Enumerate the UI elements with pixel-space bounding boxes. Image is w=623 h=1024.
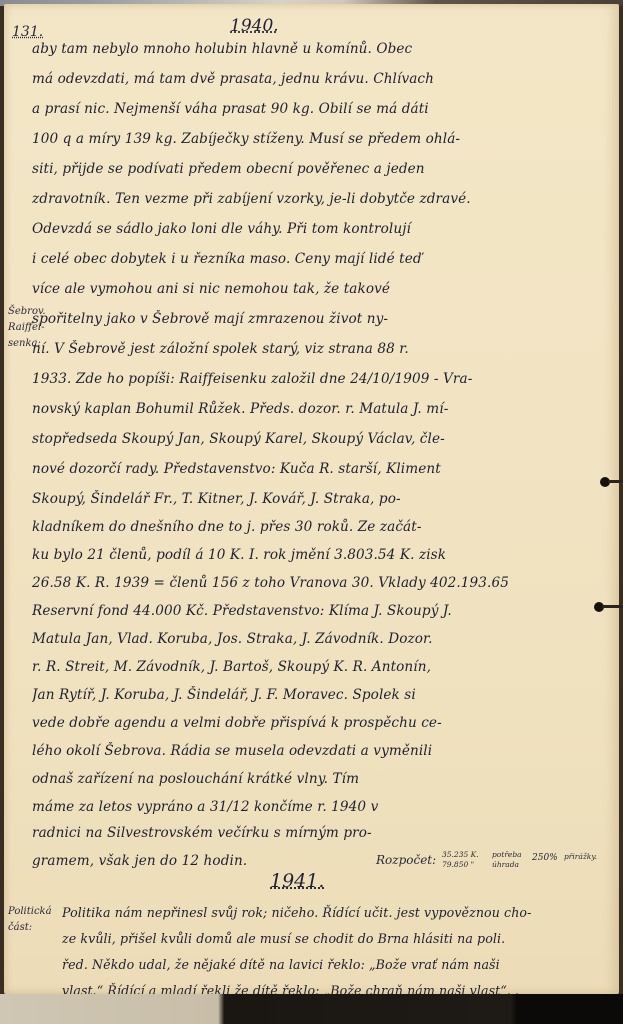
text-line: má odevzdati, má tam dvě prasata, jednu …	[32, 70, 602, 88]
punch-hole-tear	[602, 605, 623, 608]
text-line: 1933. Zde ho popíši: Raiffeisenku založi…	[32, 370, 602, 388]
text-line: zdravotník. Ten vezme při zabíjení vzork…	[32, 190, 602, 208]
budget-percent: 250%	[532, 854, 558, 863]
text-line: spořitelny jako v Šebrově mají zmrazenou…	[32, 310, 602, 328]
text-line: a prasí nic. Nejmenší váha prasat 90 kg.…	[32, 100, 602, 118]
margin-note-line: Šebrov.	[8, 304, 48, 320]
text-line: aby tam nebylo mnoho holubin hlavně u ko…	[32, 40, 602, 58]
text-line: vede dobře agendu a velmi dobře přispívá…	[32, 714, 602, 732]
text-line: nové dozorčí rady. Představenstvo: Kuča …	[32, 460, 602, 478]
chronicle-page: 131. 1940. aby tam nebylo mnoho holubin …	[4, 4, 619, 994]
text-line: stopředseda Skoupý Jan, Skoupý Karel, Sk…	[32, 430, 602, 448]
budget-percent-label: přirážky.	[564, 852, 608, 861]
text-line: Skoupý, Šindelář Fr., T. Kitner, J. Ková…	[32, 490, 602, 508]
text-line: řed. Někdo udal, že nějaké dítě na lavic…	[62, 956, 610, 974]
margin-note-line: senka:	[8, 336, 48, 352]
text-line: r. R. Streit, M. Závodník, J. Bartoš, Sk…	[32, 658, 602, 676]
text-line: Politika nám nepřinesl svůj rok; ničeho.…	[62, 904, 610, 922]
text-line: ze kvůli, přišel kvůli domů ale musí se …	[62, 930, 610, 948]
text-line: i celé obec dobytek i u řezníka maso. Ce…	[32, 250, 602, 268]
text-line: odnaš zařízení na poslouchání krátké vln…	[32, 770, 602, 788]
text-line: Odevzdá se sádlo jako loni dle váhy. Při…	[32, 220, 602, 238]
text-line: Reservní fond 44.000 Kč. Představenstvo:…	[32, 602, 602, 620]
text-line: ku bylo 21 členů, podíl á 10 K. I. rok j…	[32, 546, 602, 564]
margin-note-line: část:	[8, 920, 48, 936]
text-line: ní. V Šebrově jest záložní spolek starý,…	[32, 340, 602, 358]
year-heading-1941: 1941.	[270, 870, 324, 892]
scan-bottom-edge	[0, 994, 623, 1024]
budget-label: Rozpočet:	[376, 852, 436, 868]
text-line: Jan Rytíř, J. Koruba, J. Šindelář, J. F.…	[32, 686, 602, 704]
text-line: Matula Jan, Vlad. Koruba, Jos. Straka, J…	[32, 630, 602, 648]
margin-note-politicka: Politická část:	[8, 904, 48, 936]
budget-row1-label: potřeba	[492, 850, 522, 859]
budget-row1-amount: 35.235 K.	[442, 850, 479, 859]
budget-row2-label: úhrada	[492, 860, 519, 869]
text-line: více ale vymohou ani si nic nemohou tak,…	[32, 280, 602, 298]
budget-row2-amount: 79.850 "	[442, 860, 474, 869]
punch-hole-tear	[608, 480, 623, 483]
text-line: lého okolí Šebrova. Rádia se musela odev…	[32, 742, 602, 760]
text-line: siti, přijde se podívati předem obecní p…	[32, 160, 602, 178]
year-heading-1940: 1940.	[230, 16, 279, 36]
text-line: radnici na Silvestrovském večírku s mírn…	[32, 824, 602, 842]
margin-note-line: Raiffei-	[8, 320, 48, 336]
margin-note-reiffeisenka: Šebrov. Raiffei- senka:	[8, 304, 48, 352]
text-line: 26.58 K. R. 1939 = členů 156 z toho Vran…	[32, 574, 602, 592]
margin-note-line: Politická	[8, 904, 48, 920]
text-line: novský kaplan Bohumil Růžek. Předs. dozo…	[32, 400, 602, 418]
text-line: 100 q a míry 139 kg. Zabíječky stíženy. …	[32, 130, 602, 148]
text-line: kladníkem do dnešního dne to j. přes 30 …	[32, 518, 602, 536]
page-number: 131.	[12, 24, 43, 40]
text-line: máme za letos vypráno a 31/12 končíme r.…	[32, 798, 602, 816]
text-line: gramem, však jen do 12 hodin.	[32, 852, 332, 870]
